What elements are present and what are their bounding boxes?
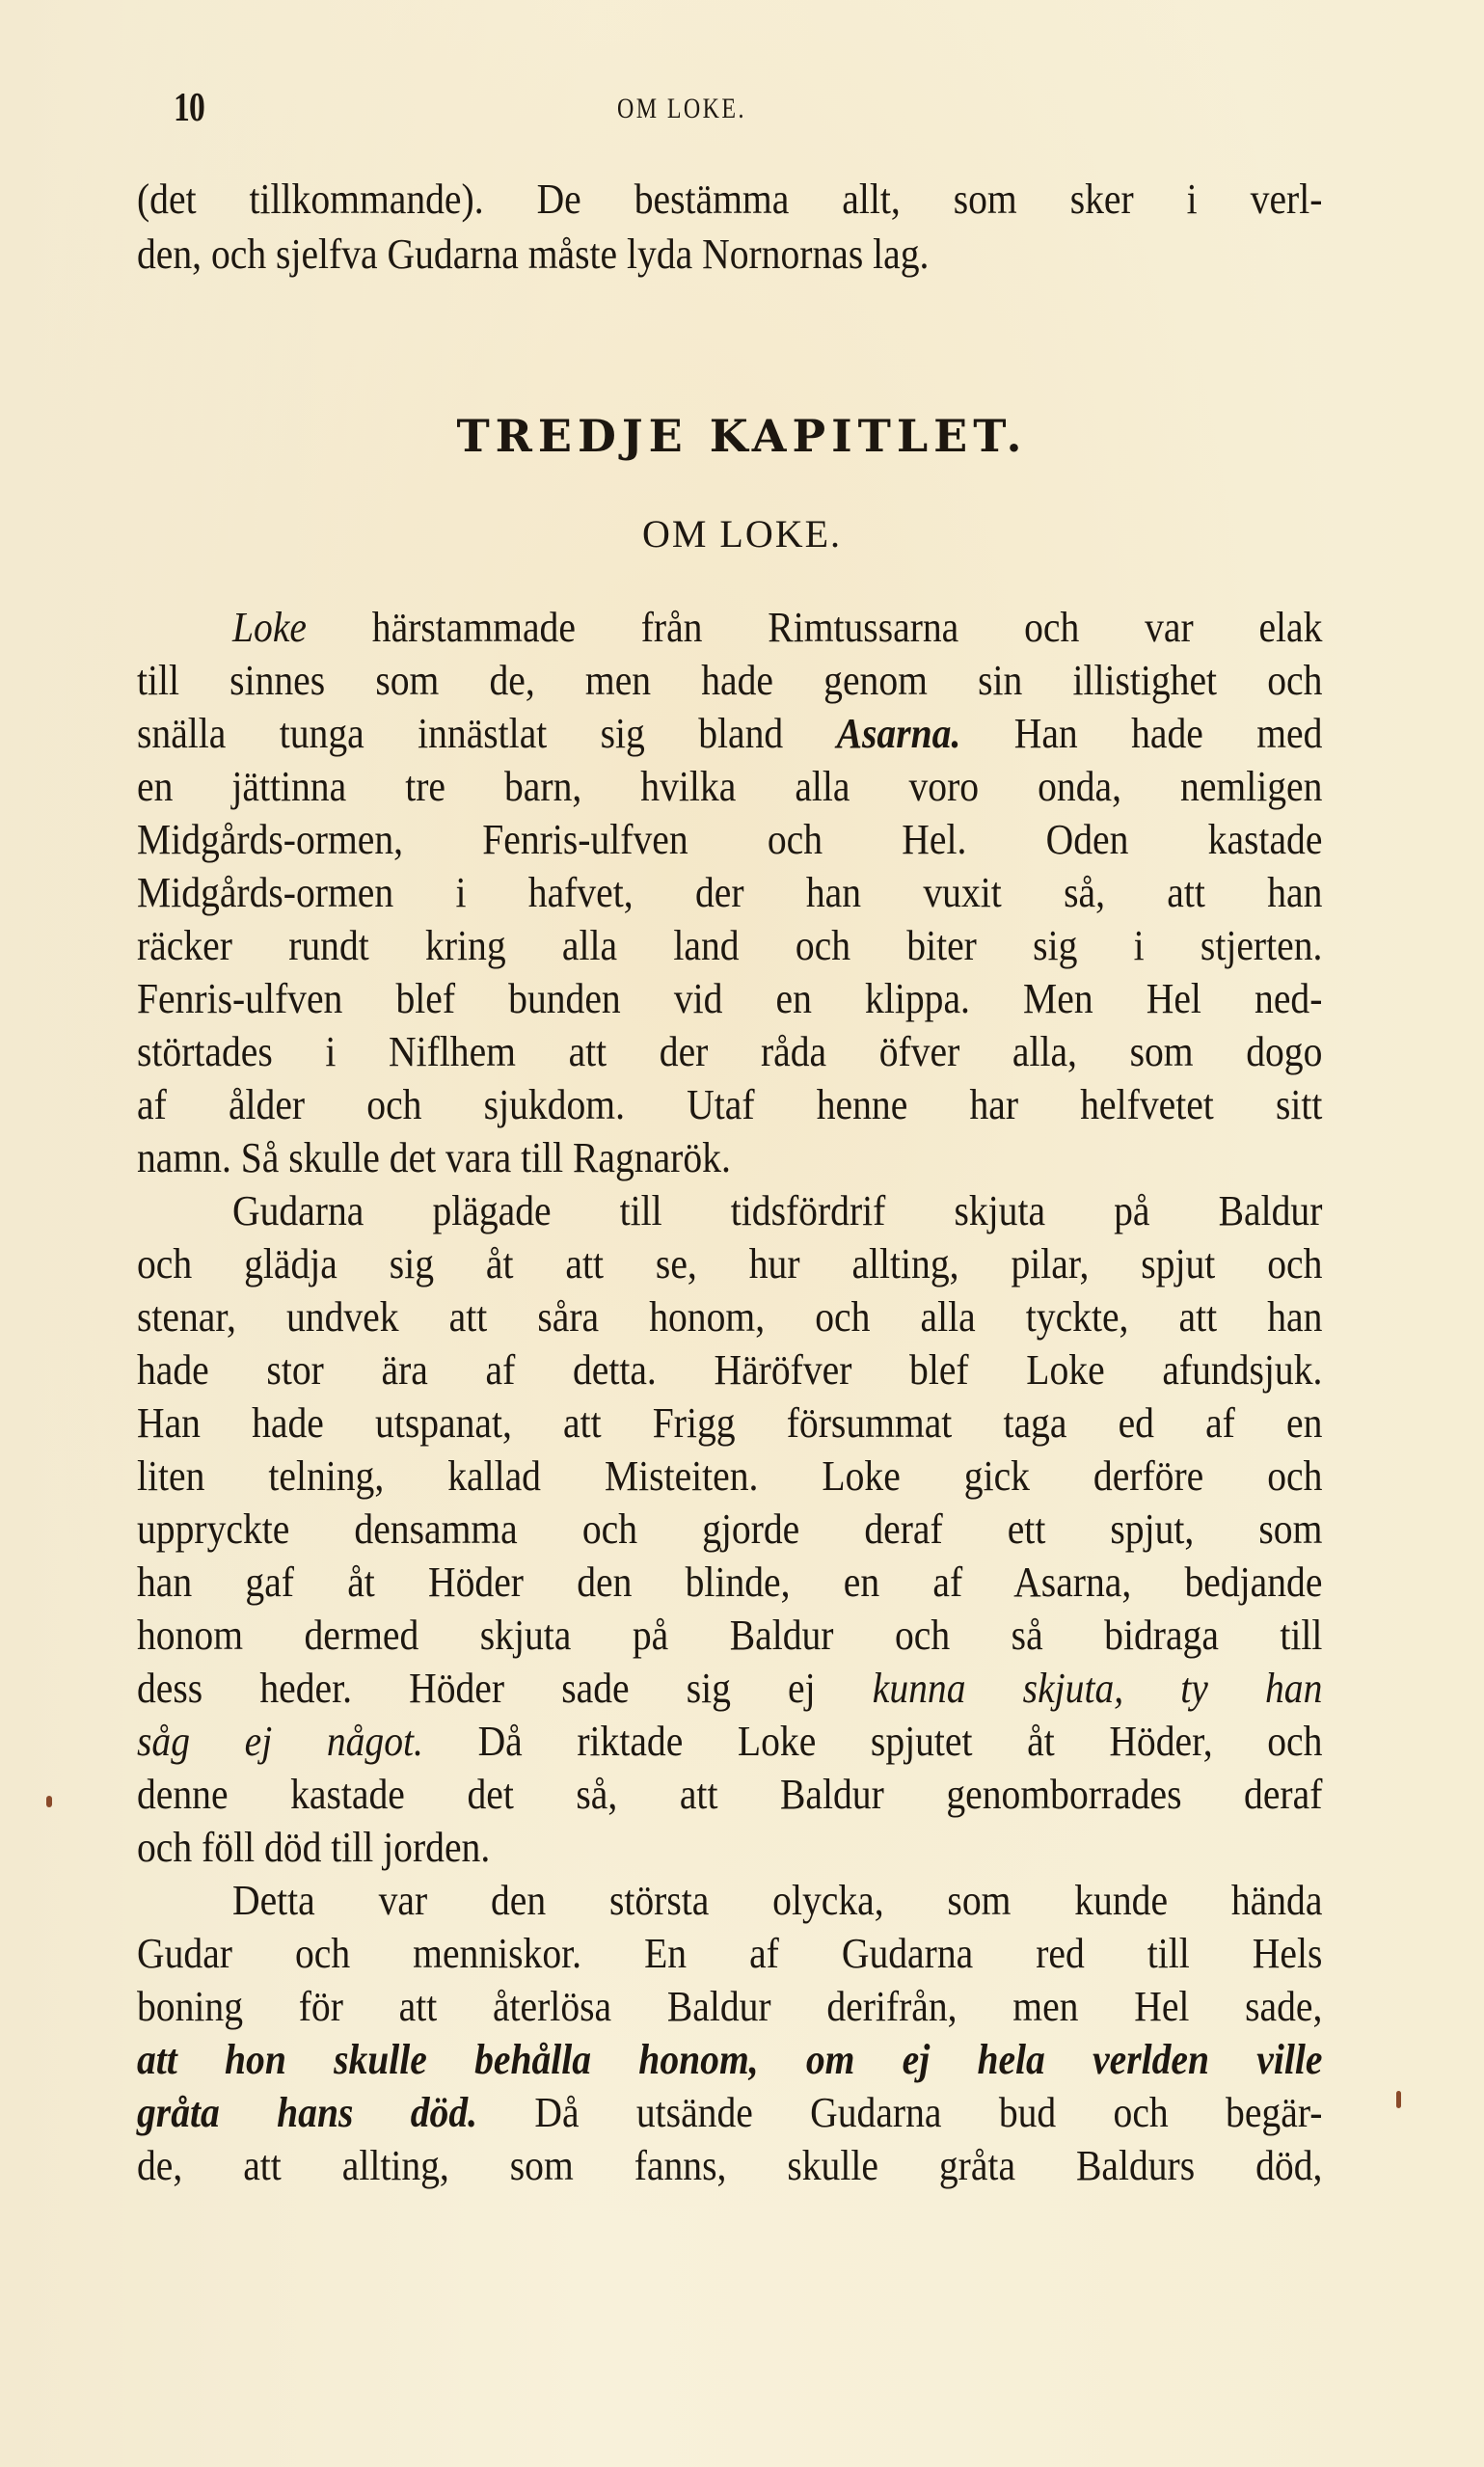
- text-line: Detta var den största olycka, som kunde …: [137, 1873, 1322, 1929]
- text-line: Han hade utspanat, att Frigg försummat t…: [137, 1396, 1322, 1451]
- text-line: räcker rundt kring alla land och biter s…: [137, 918, 1322, 974]
- text-line: att hon skulle behålla honom, om ej hela…: [137, 2032, 1322, 2088]
- text-line: Loke härstammade från Rimtussarna och va…: [137, 600, 1322, 656]
- text-line: snälla tunga innästlat sig bland Asarna.…: [137, 706, 1322, 762]
- ink-stain-mark: [46, 1796, 52, 1807]
- text-line: och glädja sig åt att se, hur allting, p…: [137, 1236, 1322, 1292]
- ink-stain-mark: [1396, 2091, 1401, 2108]
- text-line: störtades i Niflhem att der råda öfver a…: [137, 1024, 1322, 1080]
- emphasis: Loke: [232, 604, 307, 651]
- running-header: 10 OM LOKE.: [174, 85, 1321, 133]
- text-line: Fenris-ulfven blef bunden vid en klippa.…: [137, 971, 1322, 1027]
- emphasis: såg ej något.: [137, 1718, 423, 1765]
- chapter-subheading: OM LOKE.: [0, 511, 1484, 556]
- text-line: han gaf åt Höder den blinde, en af Asarn…: [137, 1555, 1322, 1611]
- text-line: Midgårds-ormen i hafvet, der han vuxit s…: [137, 865, 1322, 921]
- text-line: dess heder. Höder sade sig ej kunna skju…: [137, 1661, 1322, 1717]
- text-line: af ålder och sjukdom. Utaf henne har hel…: [137, 1077, 1322, 1133]
- emphasis: Asarna.: [837, 710, 961, 757]
- emphasis: gråta hans död.: [137, 2089, 477, 2136]
- running-title: OM LOKE.: [617, 93, 746, 125]
- text-line: gråta hans död. Då utsände Gudarna bud o…: [137, 2085, 1322, 2141]
- text-line: de, att allting, som fanns, skulle gråta…: [137, 2138, 1322, 2194]
- text-line: (det tillkommande). De bestämma allt, so…: [137, 172, 1322, 228]
- text-line: den, och sjelfva Gudarna måste lyda Norn…: [137, 227, 1322, 283]
- text-line: liten telning, kallad Misteiten. Loke gi…: [137, 1449, 1322, 1505]
- emphasis: kunna skjuta, ty han: [873, 1665, 1323, 1712]
- text-line: stenar, undvek att såra honom, och alla …: [137, 1289, 1322, 1345]
- book-page: 10 OM LOKE. (det tillkommande). De bestä…: [0, 0, 1484, 2467]
- text-line: en jättinna tre barn, hvilka alla voro o…: [137, 759, 1322, 815]
- chapter-heading: TREDJE KAPITLET.: [0, 410, 1484, 462]
- text-line: Gudarna plägade till tidsfördrif skjuta …: [137, 1183, 1322, 1239]
- text-line: boning för att återlösa Baldur derifrån,…: [137, 1979, 1322, 2035]
- text-line: honom dermed skjuta på Baldur och så bid…: [137, 1608, 1322, 1664]
- text-line: hade stor ära af detta. Häröfver blef Lo…: [137, 1342, 1322, 1398]
- text-line: namn. Så skulle det vara till Ragnarök.: [137, 1130, 1322, 1186]
- text-line: Midgårds-ormen, Fenris-ulfven och Hel. O…: [137, 812, 1322, 868]
- text-line: till sinnes som de, men hade genom sin i…: [137, 653, 1322, 709]
- page-number: 10: [174, 85, 204, 131]
- text-line: såg ej något. Då riktade Loke spjutet åt…: [137, 1714, 1322, 1770]
- emphasis: att hon skulle behålla honom, om ej hela…: [137, 2036, 1322, 2083]
- text-line: denne kastade det så, att Baldur genombo…: [137, 1767, 1322, 1823]
- text-line: uppryckte densamma och gjorde deraf ett …: [137, 1502, 1322, 1558]
- text-line: och föll död till jorden.: [137, 1820, 1322, 1876]
- text-line: Gudar och menniskor. En af Gudarna red t…: [137, 1926, 1322, 1982]
